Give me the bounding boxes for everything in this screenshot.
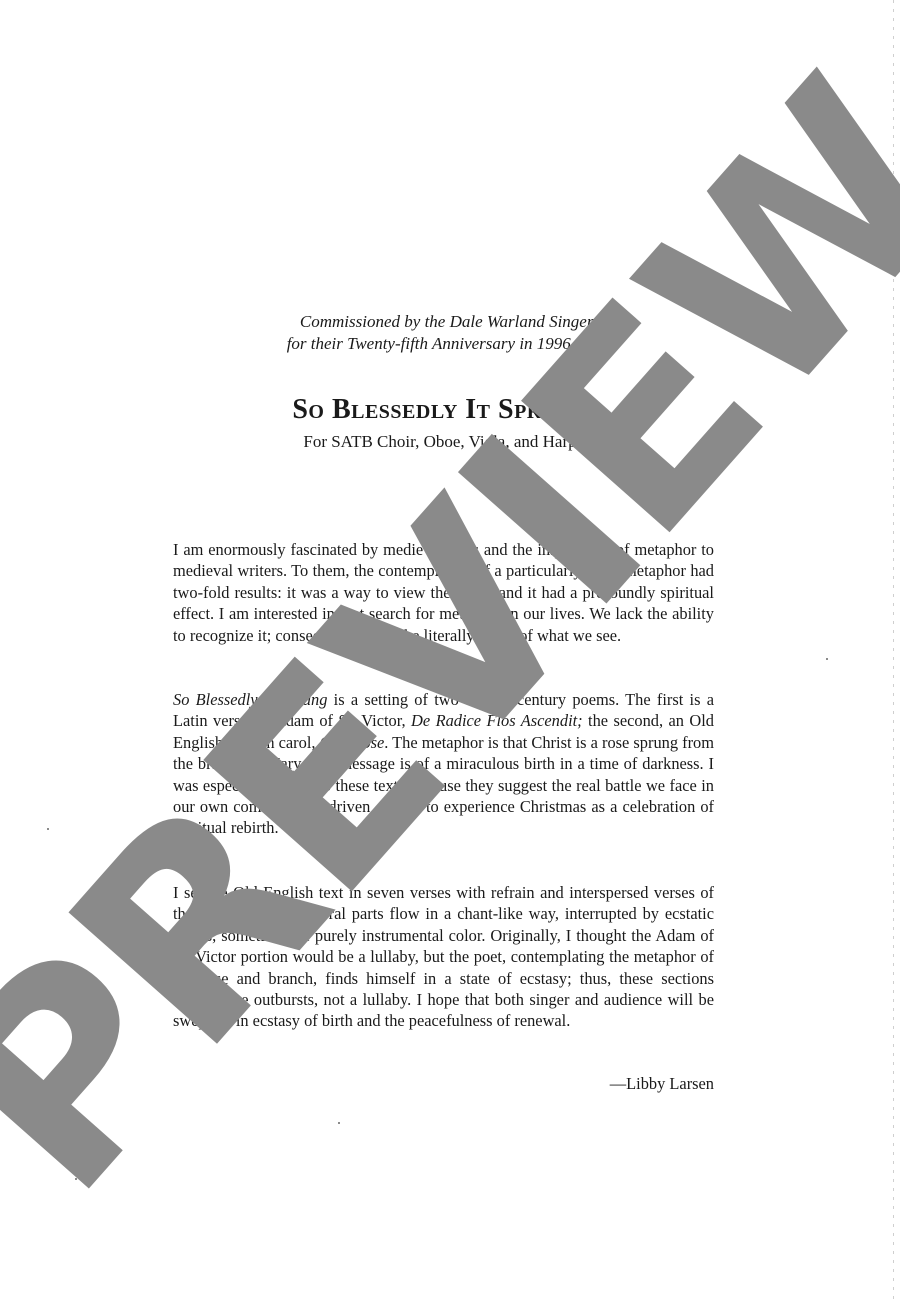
latin-title-italic: De Radice Flos Ascendit; bbox=[411, 711, 583, 730]
scan-speck bbox=[47, 828, 49, 830]
author-signature: —Libby Larsen bbox=[173, 1074, 714, 1094]
commission-note: Commissioned by the Dale Warland Singers… bbox=[0, 311, 900, 355]
instrumentation-subtitle: For SATB Choir, Oboe, Viola, and Harp bbox=[0, 432, 880, 452]
scan-edge-line bbox=[893, 0, 894, 1303]
scan-speck bbox=[826, 658, 828, 660]
paragraph-1: I am enormously fascinated by medieval t… bbox=[173, 539, 714, 646]
paragraph-2: So Blessedly It Sprung is a setting of t… bbox=[173, 689, 714, 839]
paragraph-3: I set the Old English text in seven vers… bbox=[173, 882, 714, 1032]
page-title: So Blessedly It Sprung bbox=[0, 394, 880, 426]
scan-speck bbox=[338, 1122, 340, 1124]
work-title-italic: So Blessedly It Sprung bbox=[173, 690, 327, 709]
scan-speck bbox=[75, 1178, 77, 1180]
commission-line-2: for their Twenty-fifth Anniversary in 19… bbox=[0, 333, 900, 355]
carol-title-italic: Of a Rose bbox=[320, 733, 385, 752]
commission-line-1: Commissioned by the Dale Warland Singers bbox=[0, 311, 900, 333]
score-preface-page: Commissioned by the Dale Warland Singers… bbox=[0, 0, 900, 1303]
